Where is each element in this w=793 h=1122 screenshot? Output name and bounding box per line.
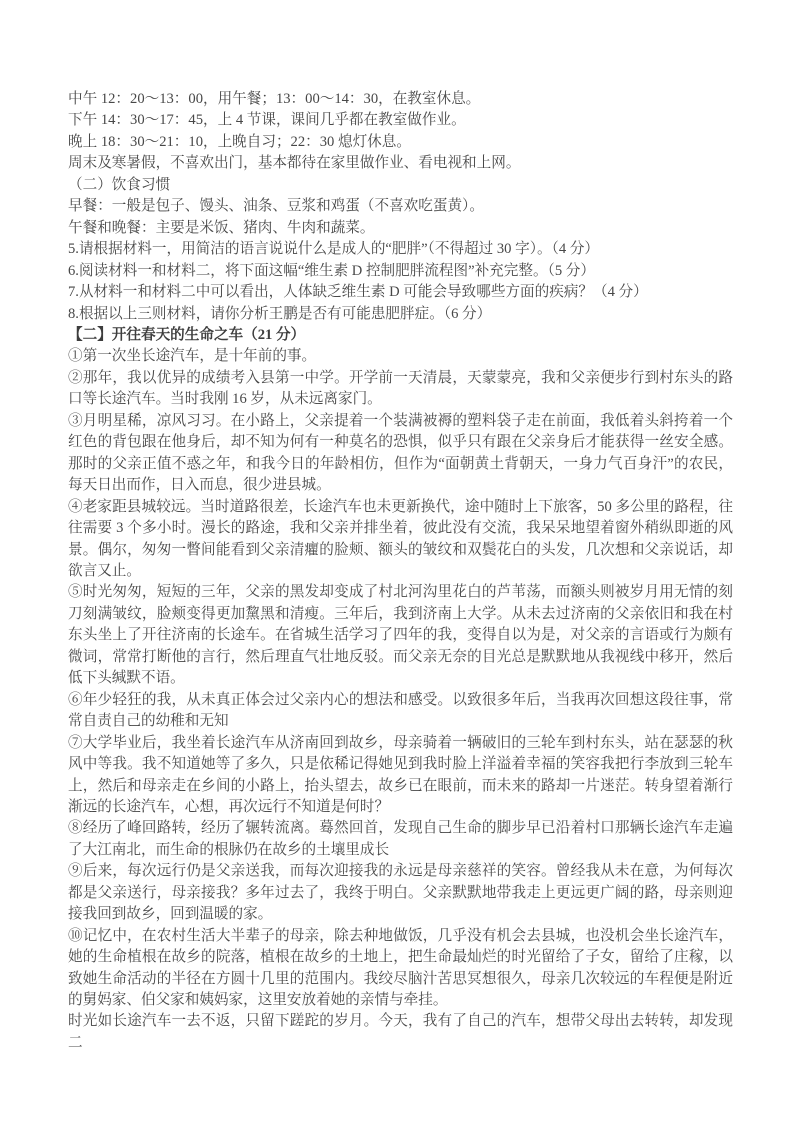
text-paragraph: （二）饮食习惯 [68,175,733,196]
text-paragraph: 8.根据以上三则材料，请你分析王鹏是否有可能患肥胖症。（6 分） [68,304,733,325]
text-paragraph: ⑨后来，每次远行仍是父亲送我，而每次迎接我的永远是母亲慈祥的笑容。曾经我从未在意… [68,861,733,925]
text-paragraph: 6.阅读材料一和材料二，将下面这幅“维生素 D 控制肥胖流程图”补充完整。（5 … [68,261,733,282]
text-paragraph: 早餐：一般是包子、馒头、油条、豆浆和鸡蛋（不喜欢吃蛋黄）。 [68,196,733,217]
text-paragraph: 下午 14：30～17：45，上 4 节课，课间几乎都在教室做作业。 [68,110,733,131]
text-paragraph: 晚上 18：30～21：10，上晚自习；22：30 熄灯休息。 [68,132,733,153]
text-paragraph: ②那年，我以优异的成绩考入县第一中学。开学前一天清晨，天蒙蒙亮，我和父亲便步行到… [68,368,733,411]
text-paragraph: 5.请根据材料一，用简洁的语言说说什么是成人的“肥胖”（不得超过 30 字）。（… [68,239,733,260]
text-paragraph: ⑥年少轻狂的我，从未真正体会过父亲内心的想法和感受。以致很多年后，当我再次回想这… [68,690,733,733]
text-paragraph: 时光如长途汽车一去不返，只留下蹉跎的岁月。今天，我有了自己的汽车，想带父母出去转… [68,1011,733,1054]
text-paragraph: ④老家距县城较远。当时道路很差，长途汽车也未更新换代，途中随时上下旅客，50 多… [68,497,733,583]
text-paragraph: 午餐和晚餐：主要是米饭、猪肉、牛肉和蔬菜。 [68,218,733,239]
section-heading: 【二】开往春天的生命之车（21 分） [68,325,733,346]
text-paragraph: ①第一次坐长途汽车，是十年前的事。 [68,346,733,367]
text-paragraph: ③月明星稀，凉风习习。在小路上，父亲提着一个装满被褥的塑料袋子走在前面，我低着头… [68,411,733,497]
text-paragraph: ⑦大学毕业后，我坐着长途汽车从济南回到故乡，母亲骑着一辆破旧的三轮车到村东头，站… [68,733,733,819]
text-paragraph: ⑩记忆中，在农村生活大半辈子的母亲，除去种地做饭，几乎没有机会去县城，也没机会坐… [68,926,733,1012]
text-paragraph: 中午 12：20～13：00，用午餐；13：00～14：30，在教室休息。 [68,89,733,110]
text-paragraph: ⑤时光匆匆，短短的三年，父亲的黑发却变成了村北河沟里花白的芦苇荡，而额头则被岁月… [68,582,733,689]
text-paragraph: 周末及寒暑假，不喜欢出门，基本都待在家里做作业、看电视和上网。 [68,153,733,174]
text-paragraph: ⑧经历了峰回路转，经历了辗转流离。蓦然回首，发现自己生命的脚步早已沿着村口那辆长… [68,818,733,861]
text-paragraph: 7.从材料一和材料二中可以看出，人体缺乏维生素 D 可能会导致哪些方面的疾病？（… [68,282,733,303]
document-body: 中午 12：20～13：00，用午餐；13：00～14：30，在教室休息。下午 … [68,89,733,1054]
scanned-exam-page: 中午 12：20～13：00，用午餐；13：00～14：30，在教室休息。下午 … [0,0,793,1122]
